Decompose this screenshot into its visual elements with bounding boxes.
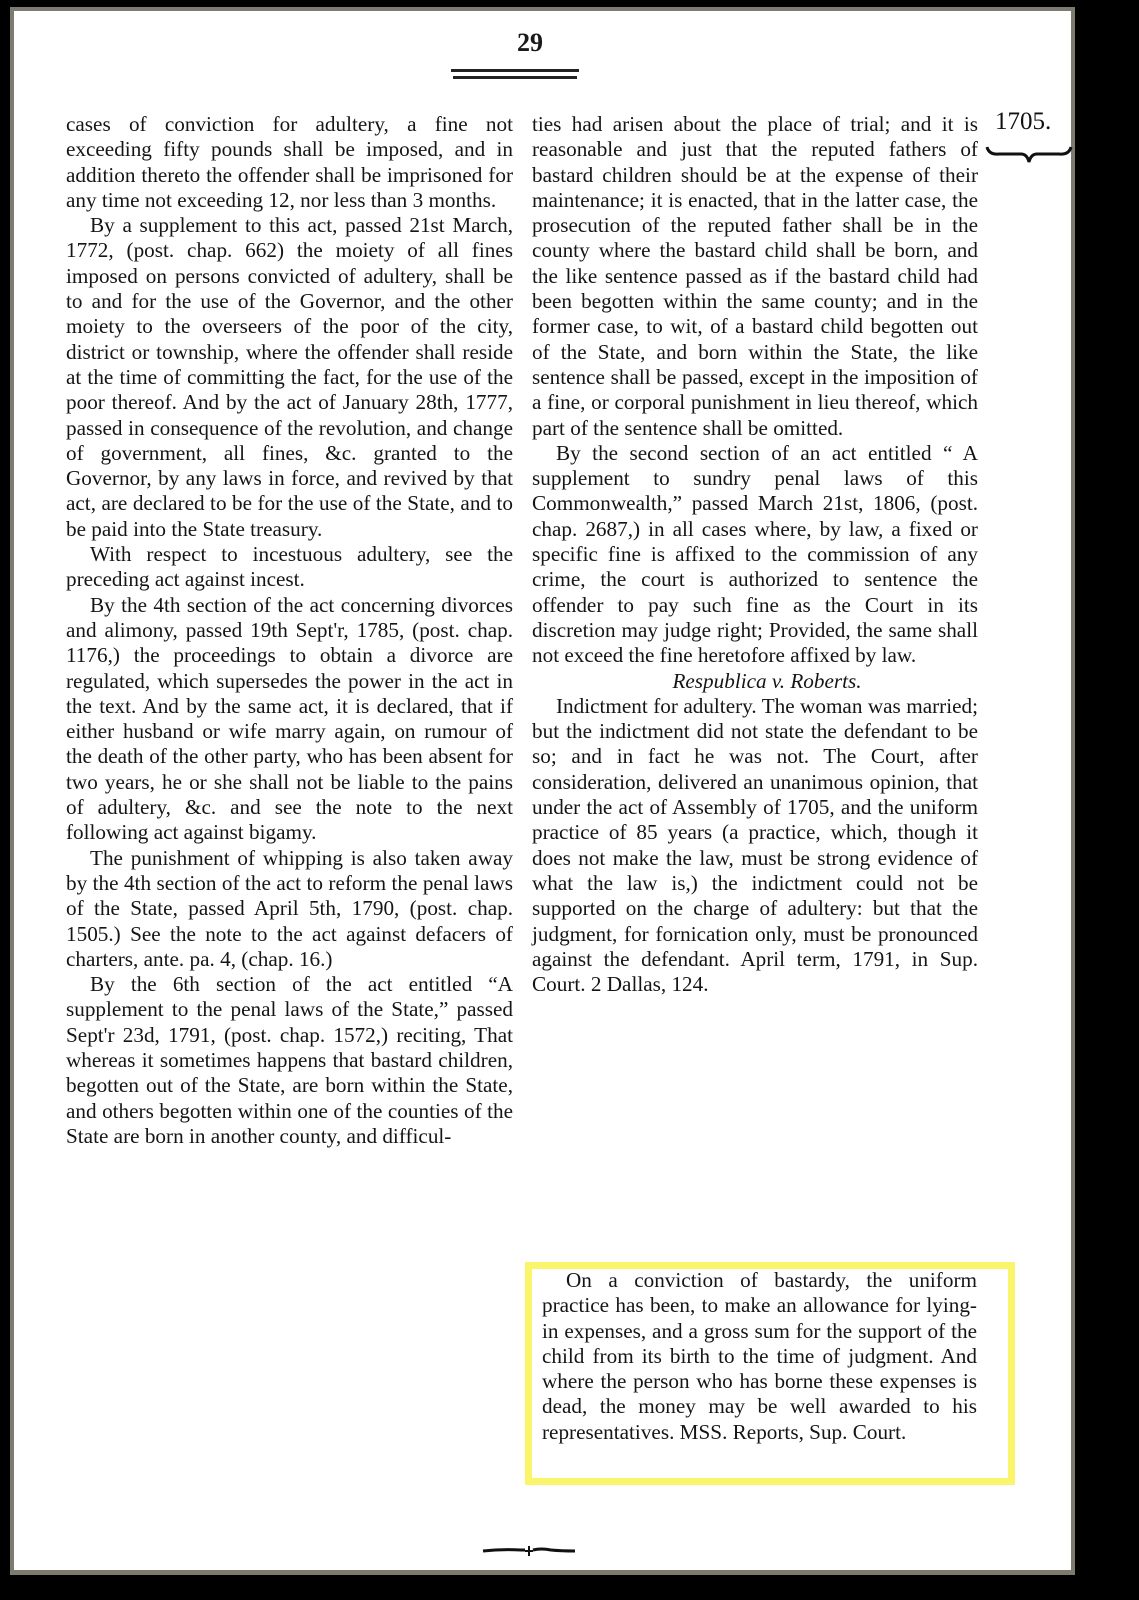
ornament-divider-icon (481, 1546, 577, 1556)
case-paragraph: Indictment for adultery. The woman was m… (532, 694, 978, 998)
paragraph: By the second section of an act entitled… (532, 441, 978, 669)
paragraph: By the 6th section of the act entitled “… (66, 972, 513, 1149)
paragraph: By a supplement to this act, passed 21st… (66, 213, 513, 542)
paragraph: ties had arisen about the place of trial… (532, 112, 978, 441)
paragraph: With respect to incestuous adultery, see… (66, 542, 513, 593)
paragraph: cases of conviction for adultery, a fine… (66, 112, 513, 213)
paragraph: The punishment of whipping is also taken… (66, 846, 513, 972)
highlighted-paragraph: On a conviction of bastardy, the uniform… (542, 1268, 977, 1445)
header-rule (451, 69, 579, 72)
margin-note-year: 1705. (995, 108, 1051, 136)
paragraph: By the 4th section of the act concerning… (66, 593, 513, 846)
highlighted-note: On a conviction of bastardy, the uniform… (542, 1268, 977, 1445)
brace-icon (985, 143, 1073, 165)
case-title: Respublica v. Roberts. (532, 669, 978, 694)
page-number: 29 (517, 28, 543, 58)
left-column: cases of conviction for adultery, a fine… (66, 112, 513, 1149)
right-column: ties had arisen about the place of trial… (532, 112, 978, 997)
header-rule-lower (453, 76, 577, 79)
